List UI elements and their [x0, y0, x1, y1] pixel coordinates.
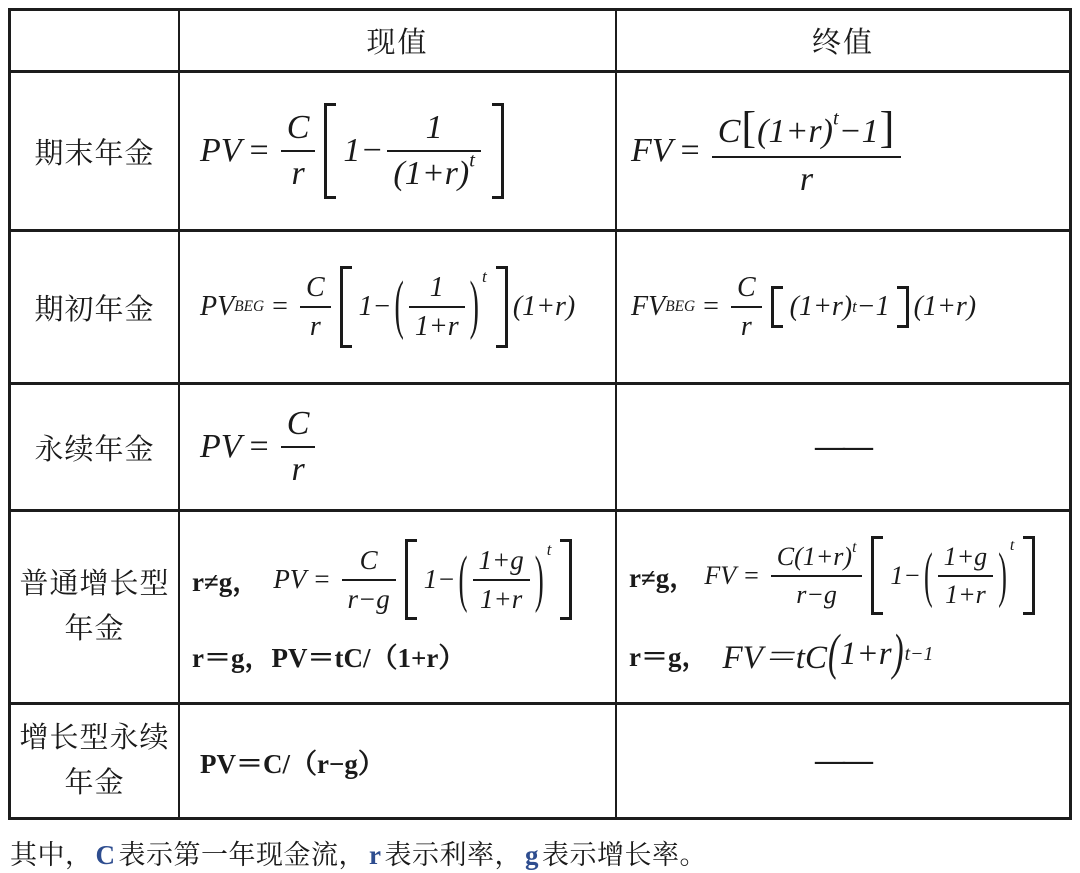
- paren-group: ( 1 1+r ) t: [394, 271, 487, 344]
- empty-cell-dash: ——: [617, 385, 1069, 512]
- footnote-text: 表示第一年现金流，: [119, 840, 367, 870]
- formula-fv-ordinary-annuity: FV = C[(1+r)t−1] r: [617, 73, 1069, 232]
- paren-right: ): [470, 269, 479, 344]
- formula-pv-annuity-due: PVBEG = C r 1− ( 1 1+r ) t (1+: [180, 232, 617, 385]
- paren-left: (: [395, 269, 404, 344]
- variable-c: C: [93, 840, 119, 870]
- paren-left: (: [924, 540, 933, 611]
- footnote: 其中，C表示第一年现金流，r表示利率，g表示增长率。: [10, 833, 707, 872]
- header-cell-present-value: 现值: [180, 11, 617, 73]
- numerator: C: [281, 108, 316, 150]
- math-lhs: FV: [631, 132, 673, 170]
- bracket-left: [871, 536, 883, 614]
- paren-left: (: [828, 625, 839, 682]
- fraction: C r: [281, 108, 316, 194]
- exponent: t: [547, 540, 552, 560]
- math-lhs: FV: [631, 291, 665, 323]
- denominator: r−g: [771, 575, 863, 610]
- bracket-left: [405, 539, 417, 619]
- math-lhs: PV: [200, 291, 234, 323]
- numerator: 1+g: [938, 541, 994, 574]
- denominator: 1+r: [473, 579, 530, 615]
- row-label-text: 期末年金: [34, 131, 154, 172]
- empty-cell-dash: ——: [617, 705, 1069, 817]
- equals-sign: =: [703, 291, 719, 323]
- row-label-growing-perpetuity: 增长型永续 年金: [11, 705, 180, 817]
- footnote-text: 表示利率，: [384, 840, 522, 870]
- pv-growing-perpetuity-text: PV＝C/（r−g）: [200, 742, 385, 781]
- math-token: 1−: [343, 132, 383, 170]
- row-label-annuity-due: 期初年金: [11, 232, 180, 385]
- math-token: 1−: [359, 291, 392, 323]
- row-label-text: 期初年金: [34, 287, 154, 328]
- dash-placeholder: ——: [815, 744, 871, 778]
- math-token: (1+r): [513, 291, 575, 323]
- numerator: 1: [409, 271, 465, 306]
- formula-fv-annuity-due: FVBEG = C r (1+r)t−1 (1+r): [617, 232, 1069, 385]
- square-bracket-group: 1− ( 1 1+r ) t: [340, 266, 508, 349]
- formula-pv-growing-annuity: r≠g， PV = C r−g 1− ( 1+g 1+r ): [180, 512, 617, 705]
- square-bracket-group: 1− ( 1+g 1+r ) t: [405, 539, 573, 619]
- denominator: 1+r: [409, 306, 465, 343]
- bracket-right: [1023, 536, 1035, 614]
- numerator: C[(1+r)t−1]: [712, 102, 902, 156]
- exponent: t: [482, 267, 487, 287]
- paren-left: (: [459, 543, 468, 616]
- fraction: 1 1+r: [409, 271, 465, 344]
- denominator: r: [300, 306, 331, 343]
- bracket-left: [324, 103, 336, 199]
- math-lhs: PV: [200, 428, 242, 466]
- fraction: C r: [731, 271, 762, 344]
- row-label-text: 增长型永续: [19, 716, 169, 761]
- paren-group: ( 1+g 1+r ) t: [923, 541, 1014, 609]
- fraction: C r: [300, 271, 331, 344]
- formula-pv-perpetuity: PV = C r: [180, 385, 617, 512]
- paren-group: ( 1+g 1+r ) t: [458, 544, 552, 614]
- square-bracket-group: 1− ( 1+g 1+r ) t: [871, 536, 1035, 614]
- variable-r: r: [366, 840, 384, 870]
- condition-r-equal-g-formula: r＝g，PV＝tC/（1+r）: [192, 636, 465, 675]
- denominator: r: [281, 150, 316, 194]
- numerator: C(1+r)t: [771, 541, 863, 574]
- equals-sign: =: [744, 561, 759, 591]
- fraction: C r: [281, 404, 316, 490]
- header-cell-future-value: 终值: [617, 11, 1069, 73]
- row-label-text: 永续年金: [34, 427, 154, 468]
- bracket-left: [: [741, 103, 756, 152]
- denominator: r: [281, 446, 316, 490]
- denominator: r: [731, 306, 762, 343]
- fv-r-equal-g-formula: FV＝tC(1+r)t−1: [722, 631, 933, 678]
- variable-g: g: [522, 840, 542, 870]
- bracket-right: [897, 286, 909, 328]
- math-token: (1+r): [790, 291, 852, 323]
- row-label-growing-annuity: 普通增长型 年金: [11, 512, 180, 705]
- row-label-text: 年金: [64, 761, 124, 806]
- fraction: 1+g 1+r: [473, 544, 530, 614]
- bracket-right: [560, 539, 572, 619]
- math-token: 1−: [424, 564, 456, 595]
- bracket-left: [340, 266, 352, 349]
- math-token: (1+r): [914, 291, 976, 323]
- bracket-right: [496, 266, 508, 349]
- fraction: 1 (1+r)t: [387, 108, 481, 194]
- row-label-text: 年金: [64, 607, 124, 652]
- condition-r-equal-g: r＝g，: [629, 635, 708, 674]
- denominator: r−g: [342, 579, 396, 615]
- condition-r-not-equal-g: r≠g，: [629, 556, 696, 595]
- equals-sign: =: [250, 132, 269, 170]
- math-token: −1: [857, 291, 890, 323]
- square-bracket-group: 1− 1 (1+r)t: [324, 103, 503, 199]
- equals-sign: =: [272, 291, 288, 323]
- equals-sign: =: [250, 428, 269, 466]
- bracket-right: ]: [880, 103, 895, 152]
- formula-fv-growing-annuity: r≠g， FV = C(1+r)t r−g 1− ( 1+g 1+r: [617, 512, 1069, 705]
- fraction: 1+g 1+r: [938, 541, 994, 609]
- row-label-ordinary-annuity: 期末年金: [11, 73, 180, 232]
- numerator: C: [342, 544, 396, 578]
- denominator: (1+r)t: [387, 150, 481, 194]
- fraction: C r−g: [342, 544, 396, 614]
- exponent: t: [469, 150, 475, 172]
- condition-r-not-equal-g: r≠g，: [192, 560, 259, 599]
- footnote-text: 表示增长率。: [542, 840, 707, 870]
- formula-pv-growing-perpetuity: PV＝C/（r−g）: [180, 705, 617, 817]
- row-label-perpetuity: 永续年金: [11, 385, 180, 512]
- footnote-text: 其中，: [10, 840, 93, 870]
- math-token: 1−: [890, 561, 921, 591]
- bracket-left: [771, 286, 783, 328]
- formula-pv-ordinary-annuity: PV = C r 1− 1 (1+r)t: [180, 73, 617, 232]
- numerator: 1: [387, 108, 481, 150]
- annuity-formula-table: 现值 终值 期末年金 PV = C r 1− 1 (1+r)t FV = C[(…: [8, 8, 1072, 820]
- square-bracket-group: (1+r)t−1: [771, 286, 909, 328]
- bracket-right: [492, 103, 504, 199]
- numerator: 1+g: [473, 544, 530, 578]
- fraction: C[(1+r)t−1] r: [712, 102, 902, 200]
- numerator: C: [300, 271, 331, 306]
- math-lhs: PV: [200, 132, 242, 170]
- math-lhs: PV: [273, 564, 306, 595]
- exponent: t: [852, 539, 856, 556]
- numerator: C: [731, 271, 762, 306]
- future-value-header-text: 终值: [812, 20, 874, 61]
- dash-placeholder: ——: [815, 430, 871, 464]
- fraction: C(1+r)t r−g: [771, 541, 863, 609]
- math-lhs: FV: [704, 561, 736, 591]
- row-label-text: 普通增长型: [19, 562, 169, 607]
- equals-sign: =: [314, 564, 329, 595]
- paren-right: ): [893, 625, 904, 682]
- equals-sign: =: [681, 132, 700, 170]
- numerator: C: [281, 404, 316, 446]
- denominator: r: [712, 156, 902, 200]
- present-value-header-text: 现值: [366, 20, 428, 61]
- paren-right: ): [998, 540, 1007, 611]
- denominator: 1+r: [938, 575, 994, 610]
- exponent: t: [1010, 537, 1014, 555]
- paren-right: ): [535, 543, 544, 616]
- header-cell-blank: [11, 11, 180, 73]
